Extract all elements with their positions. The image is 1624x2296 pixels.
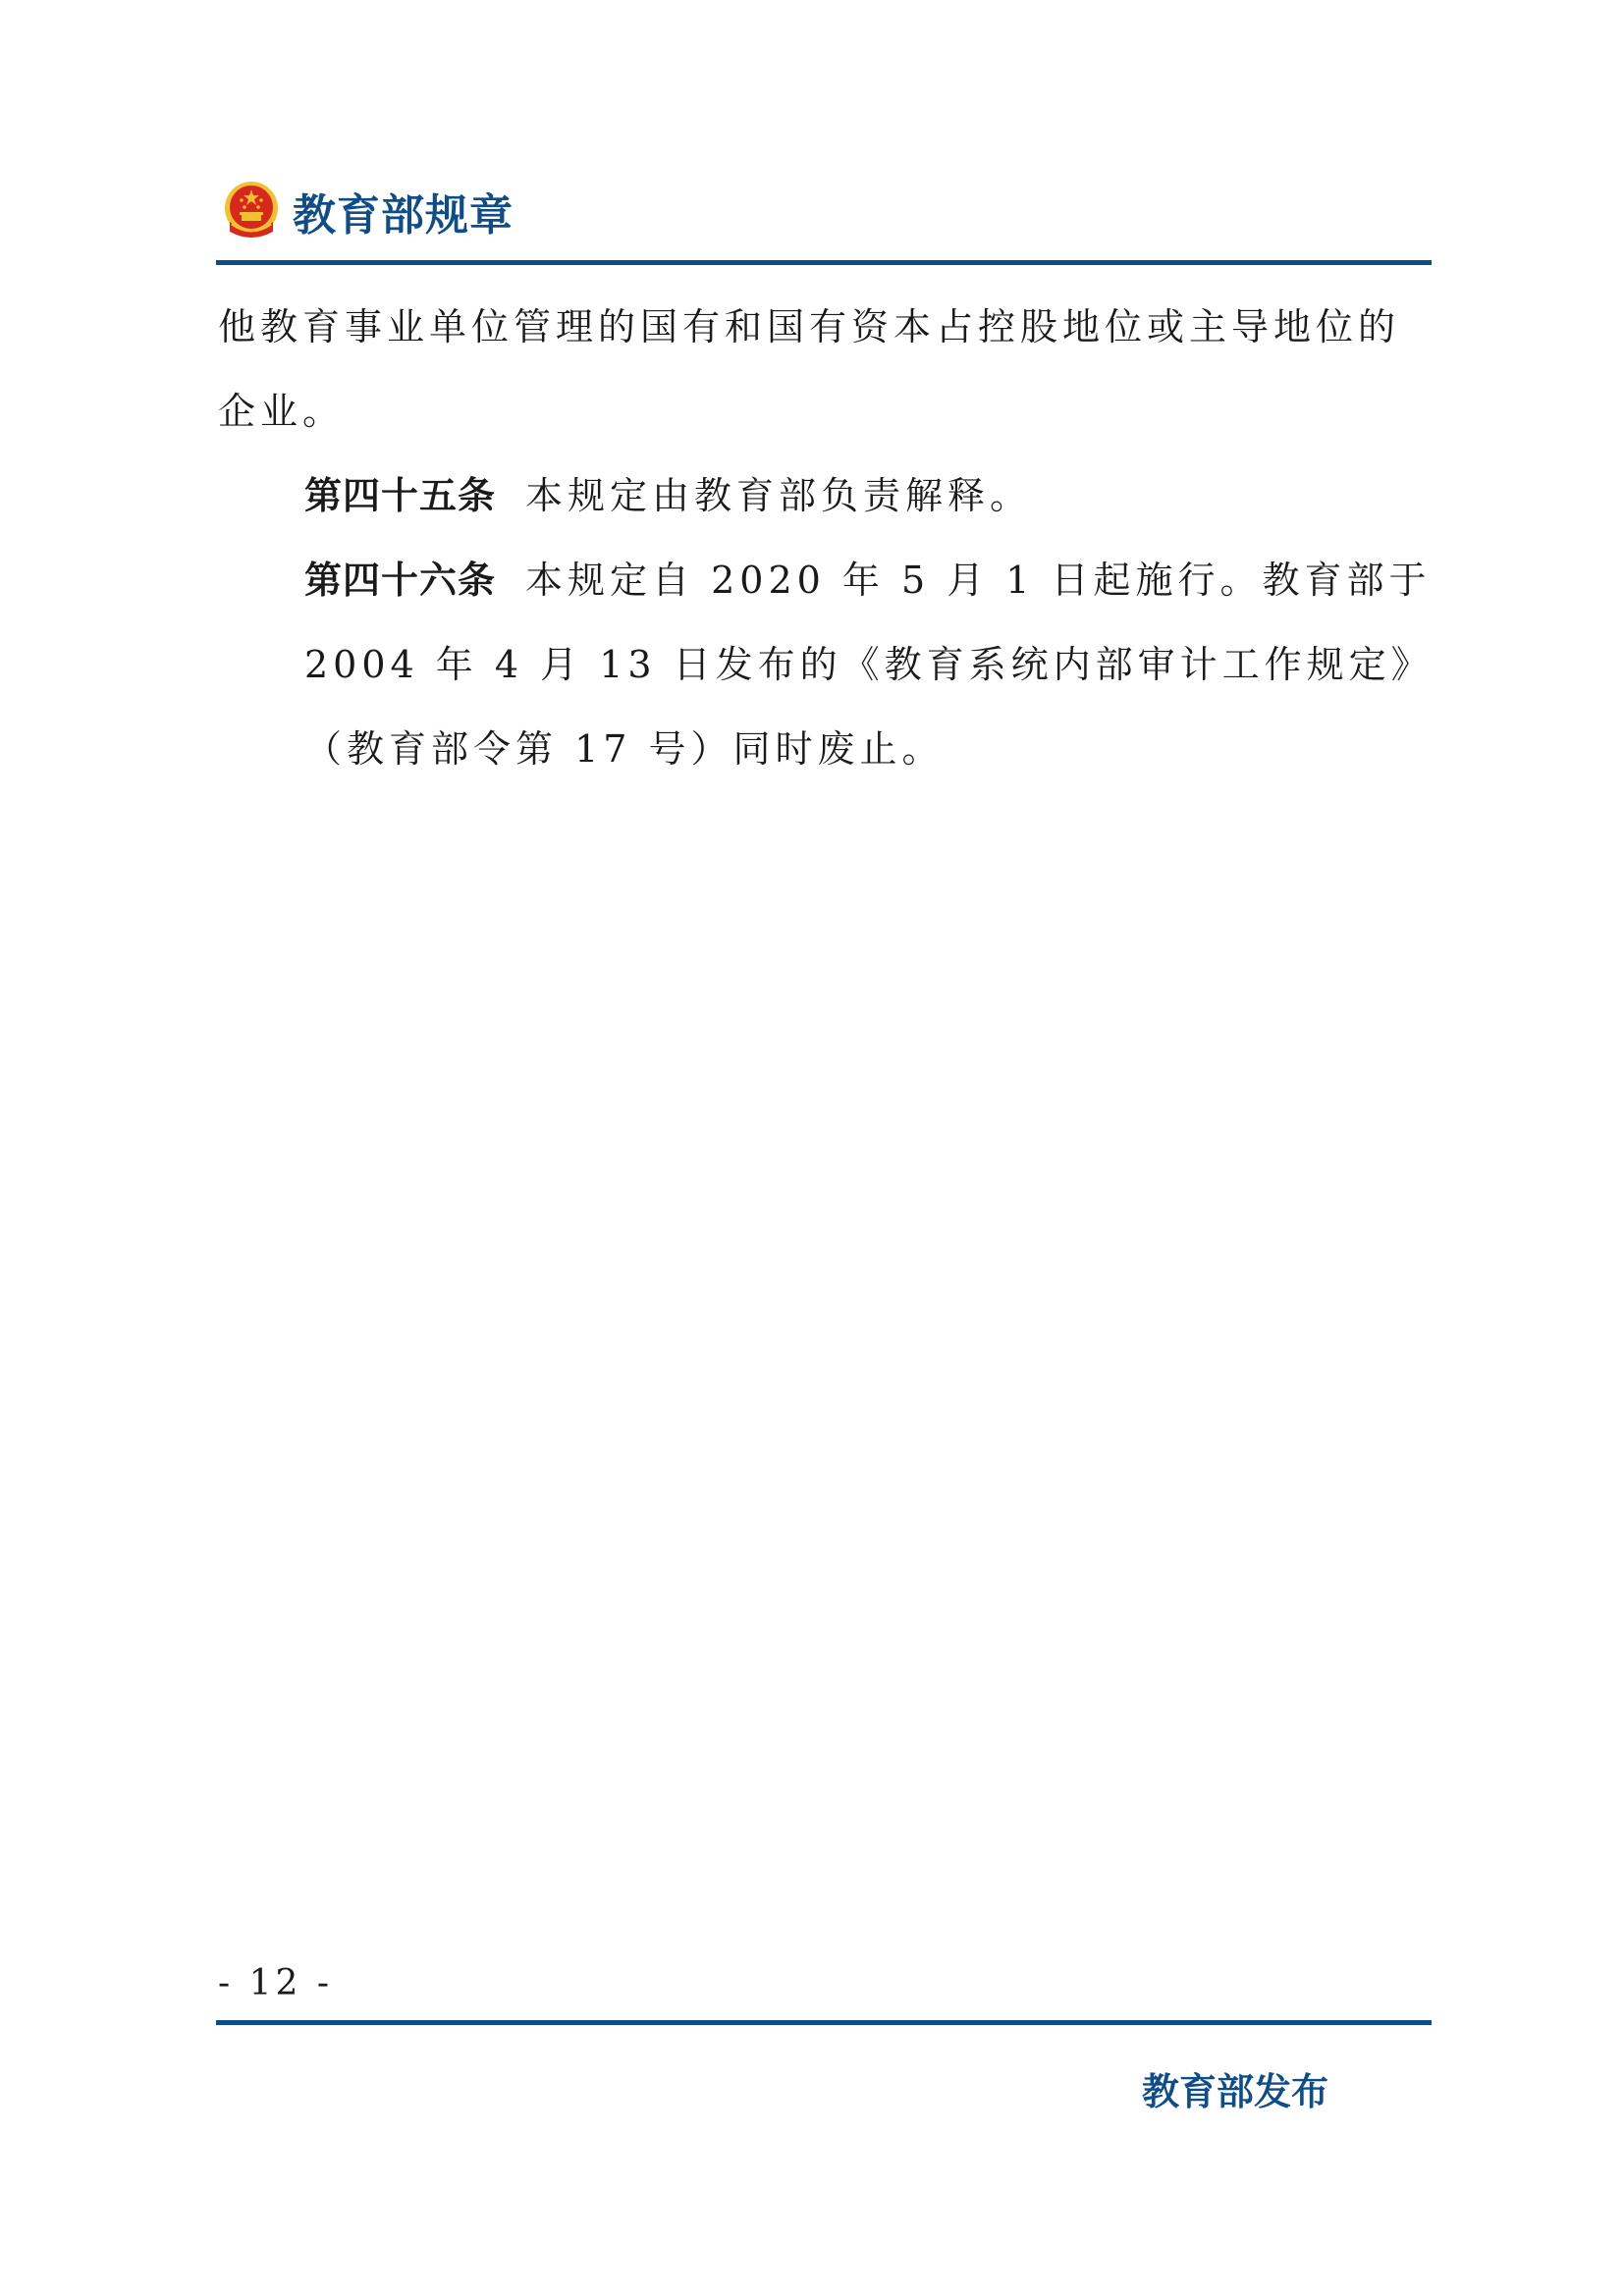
- article-number: 第四十六条: [304, 559, 496, 602]
- document-header: 教育部规章: [222, 177, 514, 245]
- paragraph: 他教育事业单位管理的国有和国有资本占控股地位或主导地位的企业。: [218, 285, 1435, 454]
- article-text: 本规定由教育部负责解释。: [525, 474, 1032, 517]
- page-number: - 12 -: [218, 1963, 333, 2003]
- article-45: 第四十五条本规定由教育部负责解释。: [218, 454, 1435, 538]
- header-title: 教育部规章: [293, 180, 514, 242]
- article-46: 第四十六条本规定自 2020 年 5 月 1 日起施行。教育部于 2004 年 …: [218, 538, 1435, 791]
- national-emblem-icon: [222, 181, 281, 241]
- document-body: 他教育事业单位管理的国有和国有资本占控股地位或主导地位的企业。 第四十五条本规定…: [218, 285, 1435, 791]
- paragraph-text: 他教育事业单位管理的国有和国有资本占控股地位或主导地位的企业。: [218, 305, 1400, 433]
- article-number: 第四十五条: [304, 474, 496, 517]
- footer-divider: [216, 2020, 1432, 2025]
- header-divider: [216, 260, 1432, 265]
- publisher-label: 教育部发布: [1142, 2061, 1328, 2115]
